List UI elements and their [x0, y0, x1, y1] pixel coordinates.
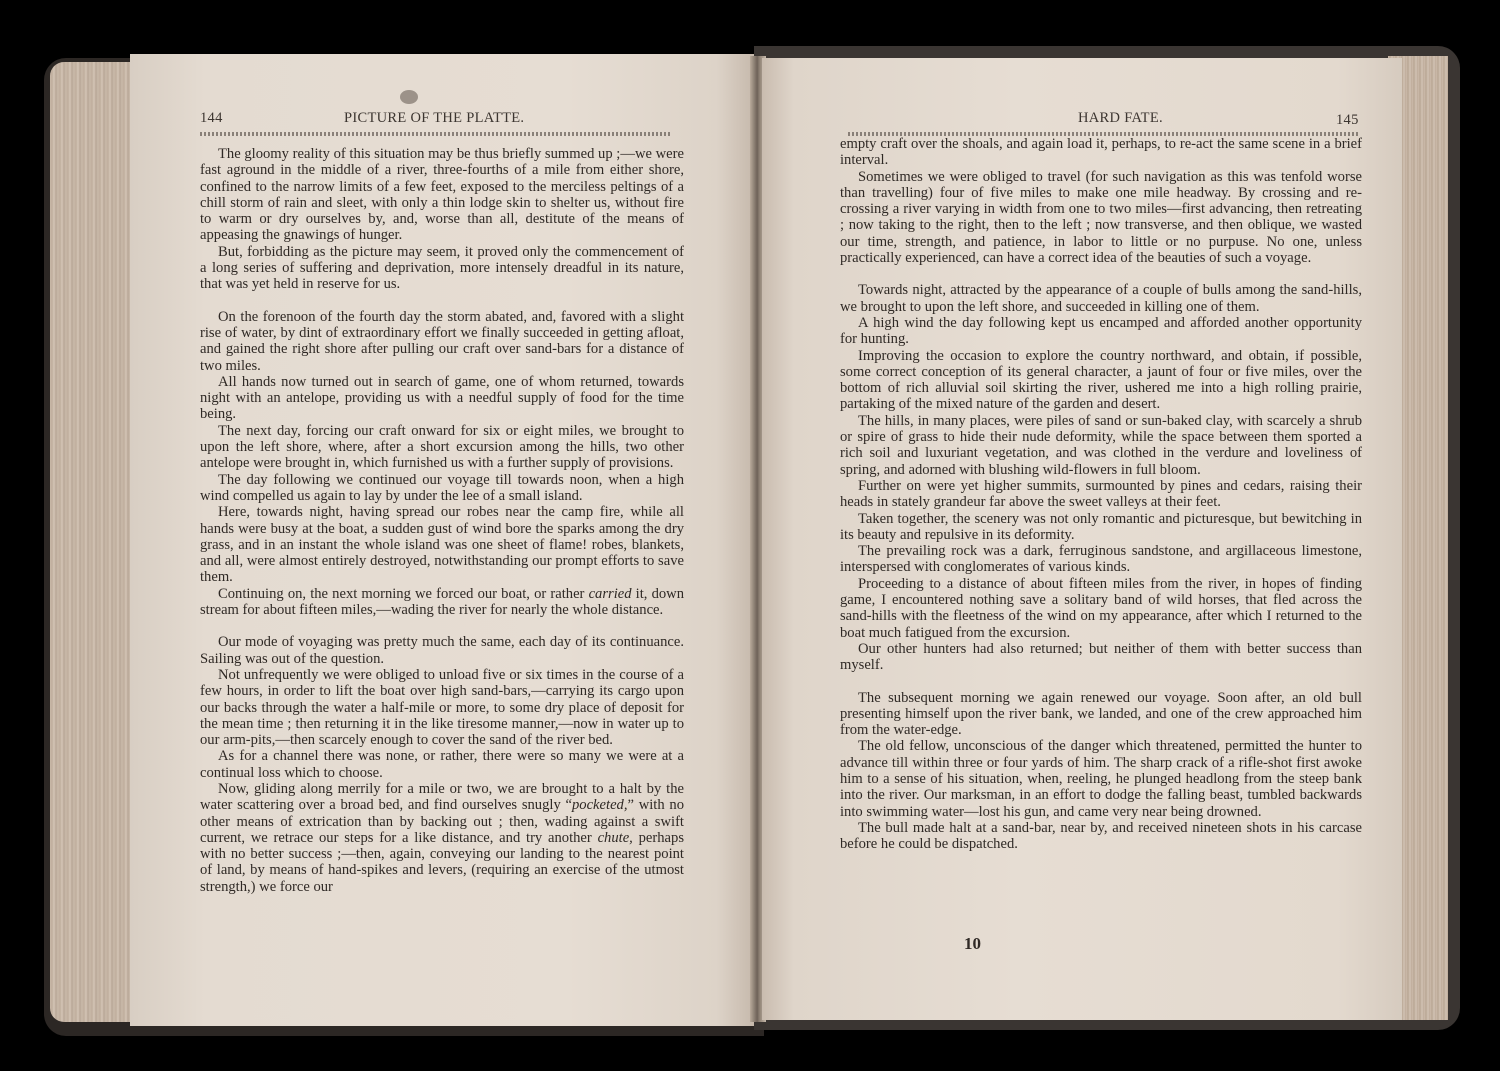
left-page: 144 PICTURE OF THE PLATTE. The gloomy re… [130, 54, 754, 1026]
paragraph: The old fellow, unconscious of the dange… [840, 738, 1362, 819]
paragraph: Our other hunters had also returned; but… [840, 641, 1362, 674]
paragraph: A high wind the day following kept us en… [840, 315, 1362, 348]
paragraph: The prevailing rock was a dark, ferrugin… [840, 543, 1362, 576]
paragraph: But, forbidding as the picture may seem,… [200, 244, 684, 293]
paragraph: Continuing on, the next morning we force… [200, 586, 684, 619]
header-rule-left [200, 132, 672, 136]
paragraph: The hills, in many places, were piles of… [840, 413, 1362, 478]
ink-stain [400, 90, 418, 104]
signature-mark: 10 [964, 934, 981, 954]
left-page-body: The gloomy reality of this situation may… [200, 146, 684, 895]
paragraph: The bull made halt at a sand-bar, near b… [840, 820, 1362, 853]
paragraph: Improving the occasion to explore the co… [840, 348, 1362, 413]
paragraph: Our mode of voyaging was pretty much the… [200, 634, 684, 667]
italic-word: chute, [598, 830, 633, 846]
italic-word: pocketed, [572, 797, 628, 813]
paragraph: Proceeding to a distance of about fiftee… [840, 576, 1362, 641]
paragraph: The next day, forcing our craft onward f… [200, 423, 684, 472]
paragraph: Further on were yet higher summits, surm… [840, 478, 1362, 511]
paragraph: Sometimes we were obliged to travel (for… [840, 169, 1362, 267]
open-book: 144 PICTURE OF THE PLATTE. The gloomy re… [34, 46, 1464, 1036]
right-page: HARD FATE. 145 empty craft over the shoa… [762, 58, 1402, 1020]
text-span: Continuing on, the next morning we force… [218, 586, 589, 602]
running-head-right: HARD FATE. [1078, 110, 1163, 127]
paragraph: All hands now turned out in search of ga… [200, 374, 684, 423]
paragraph: empty craft over the shoals, and again l… [840, 136, 1362, 169]
page-number-right: 145 [1336, 112, 1359, 129]
paragraph: Towards night, attracted by the appearan… [840, 282, 1362, 315]
paragraph: Taken together, the scenery was not only… [840, 511, 1362, 544]
paragraph: On the forenoon of the fourth day the st… [200, 309, 684, 374]
paragraph: Now, gliding along merrily for a mile or… [200, 781, 684, 895]
paragraph: Here, towards night, having spread our r… [200, 504, 684, 585]
paragraph: As for a channel there was none, or rath… [200, 748, 684, 781]
right-page-body: empty craft over the shoals, and again l… [840, 136, 1362, 852]
running-head-left: PICTURE OF THE PLATTE. [344, 110, 524, 127]
paragraph: The gloomy reality of this situation may… [200, 146, 684, 244]
paragraph: Not unfrequently we were obliged to unlo… [200, 667, 684, 748]
italic-word: carried [589, 586, 632, 602]
page-number-left: 144 [200, 110, 223, 127]
paragraph: The day following we continued our voyag… [200, 472, 684, 505]
paragraph: The subsequent morning we again renewed … [840, 690, 1362, 739]
